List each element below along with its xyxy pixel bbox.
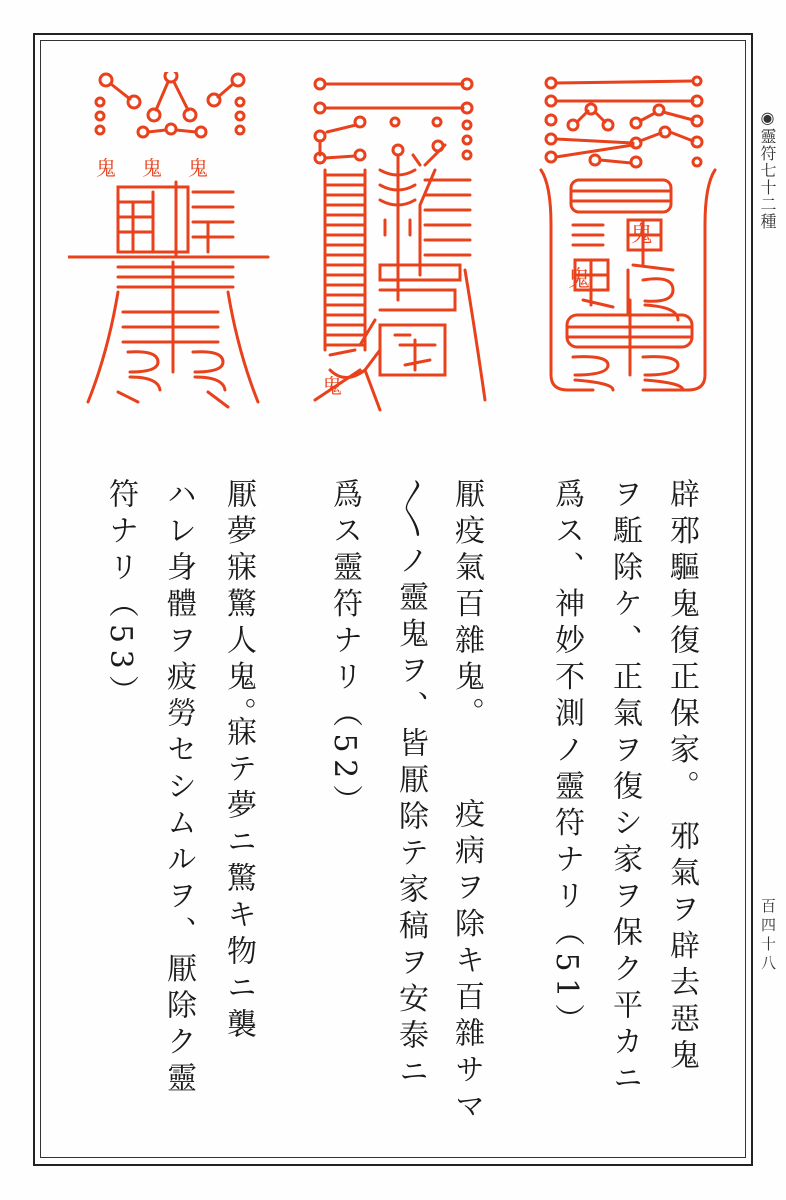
talisman-51-glyph-labels-2: 鬼 [568, 262, 590, 293]
passage-53-body-line2: ハレ身體ヲ疲勞セシムルヲ、厭除ク靈 [150, 478, 206, 1099]
talisman-53-seal [68, 72, 278, 432]
passage-51-body-line3: 爲ス、神妙不測ノ靈符ナリ（51） [538, 478, 594, 1040]
passage-53-heading: 厭夢寐驚人鬼。 [210, 478, 266, 734]
passage-53-body-part1: 寐テ夢ニ驚キ物ニ襲 [210, 716, 266, 1045]
passage-53-body-line3: 符ナリ（53） [92, 478, 148, 712]
passage-52-body-line2: 〱ノ靈鬼ヲ、皆厭除テ家稿ヲ安泰ニ [382, 478, 438, 1092]
passage-52-heading: 厭疫氣百雜鬼。 [438, 478, 494, 734]
talisman-52-glyph-labels: 鬼 [322, 370, 342, 399]
passage-51-body-part1: 邪氣ヲ辟去惡鬼邪氣ヲ辟去惡鬼 [653, 820, 709, 1076]
talisman-53-glyph-labels: 鬼鬼鬼 [96, 152, 234, 181]
passage-52-body-line3: 爲ス靈符ナリ（52） [316, 478, 372, 821]
talisman-51-glyph-labels: 鬼 [618, 222, 660, 244]
page-number: 百四十八 [758, 898, 779, 974]
passage-51-heading: 辟邪驅鬼復正保家。 [653, 478, 709, 807]
passage-52-body-part1: 疫病ヲ除キ百雜サマ [438, 798, 494, 1127]
running-title: ◉靈符七十二種 [756, 108, 779, 230]
passage-51-body-line2: ヲ駈除ケ、正氣ヲ復シ家ヲ保ク平カニ [596, 478, 652, 1099]
talisman-52-seal [305, 70, 505, 420]
